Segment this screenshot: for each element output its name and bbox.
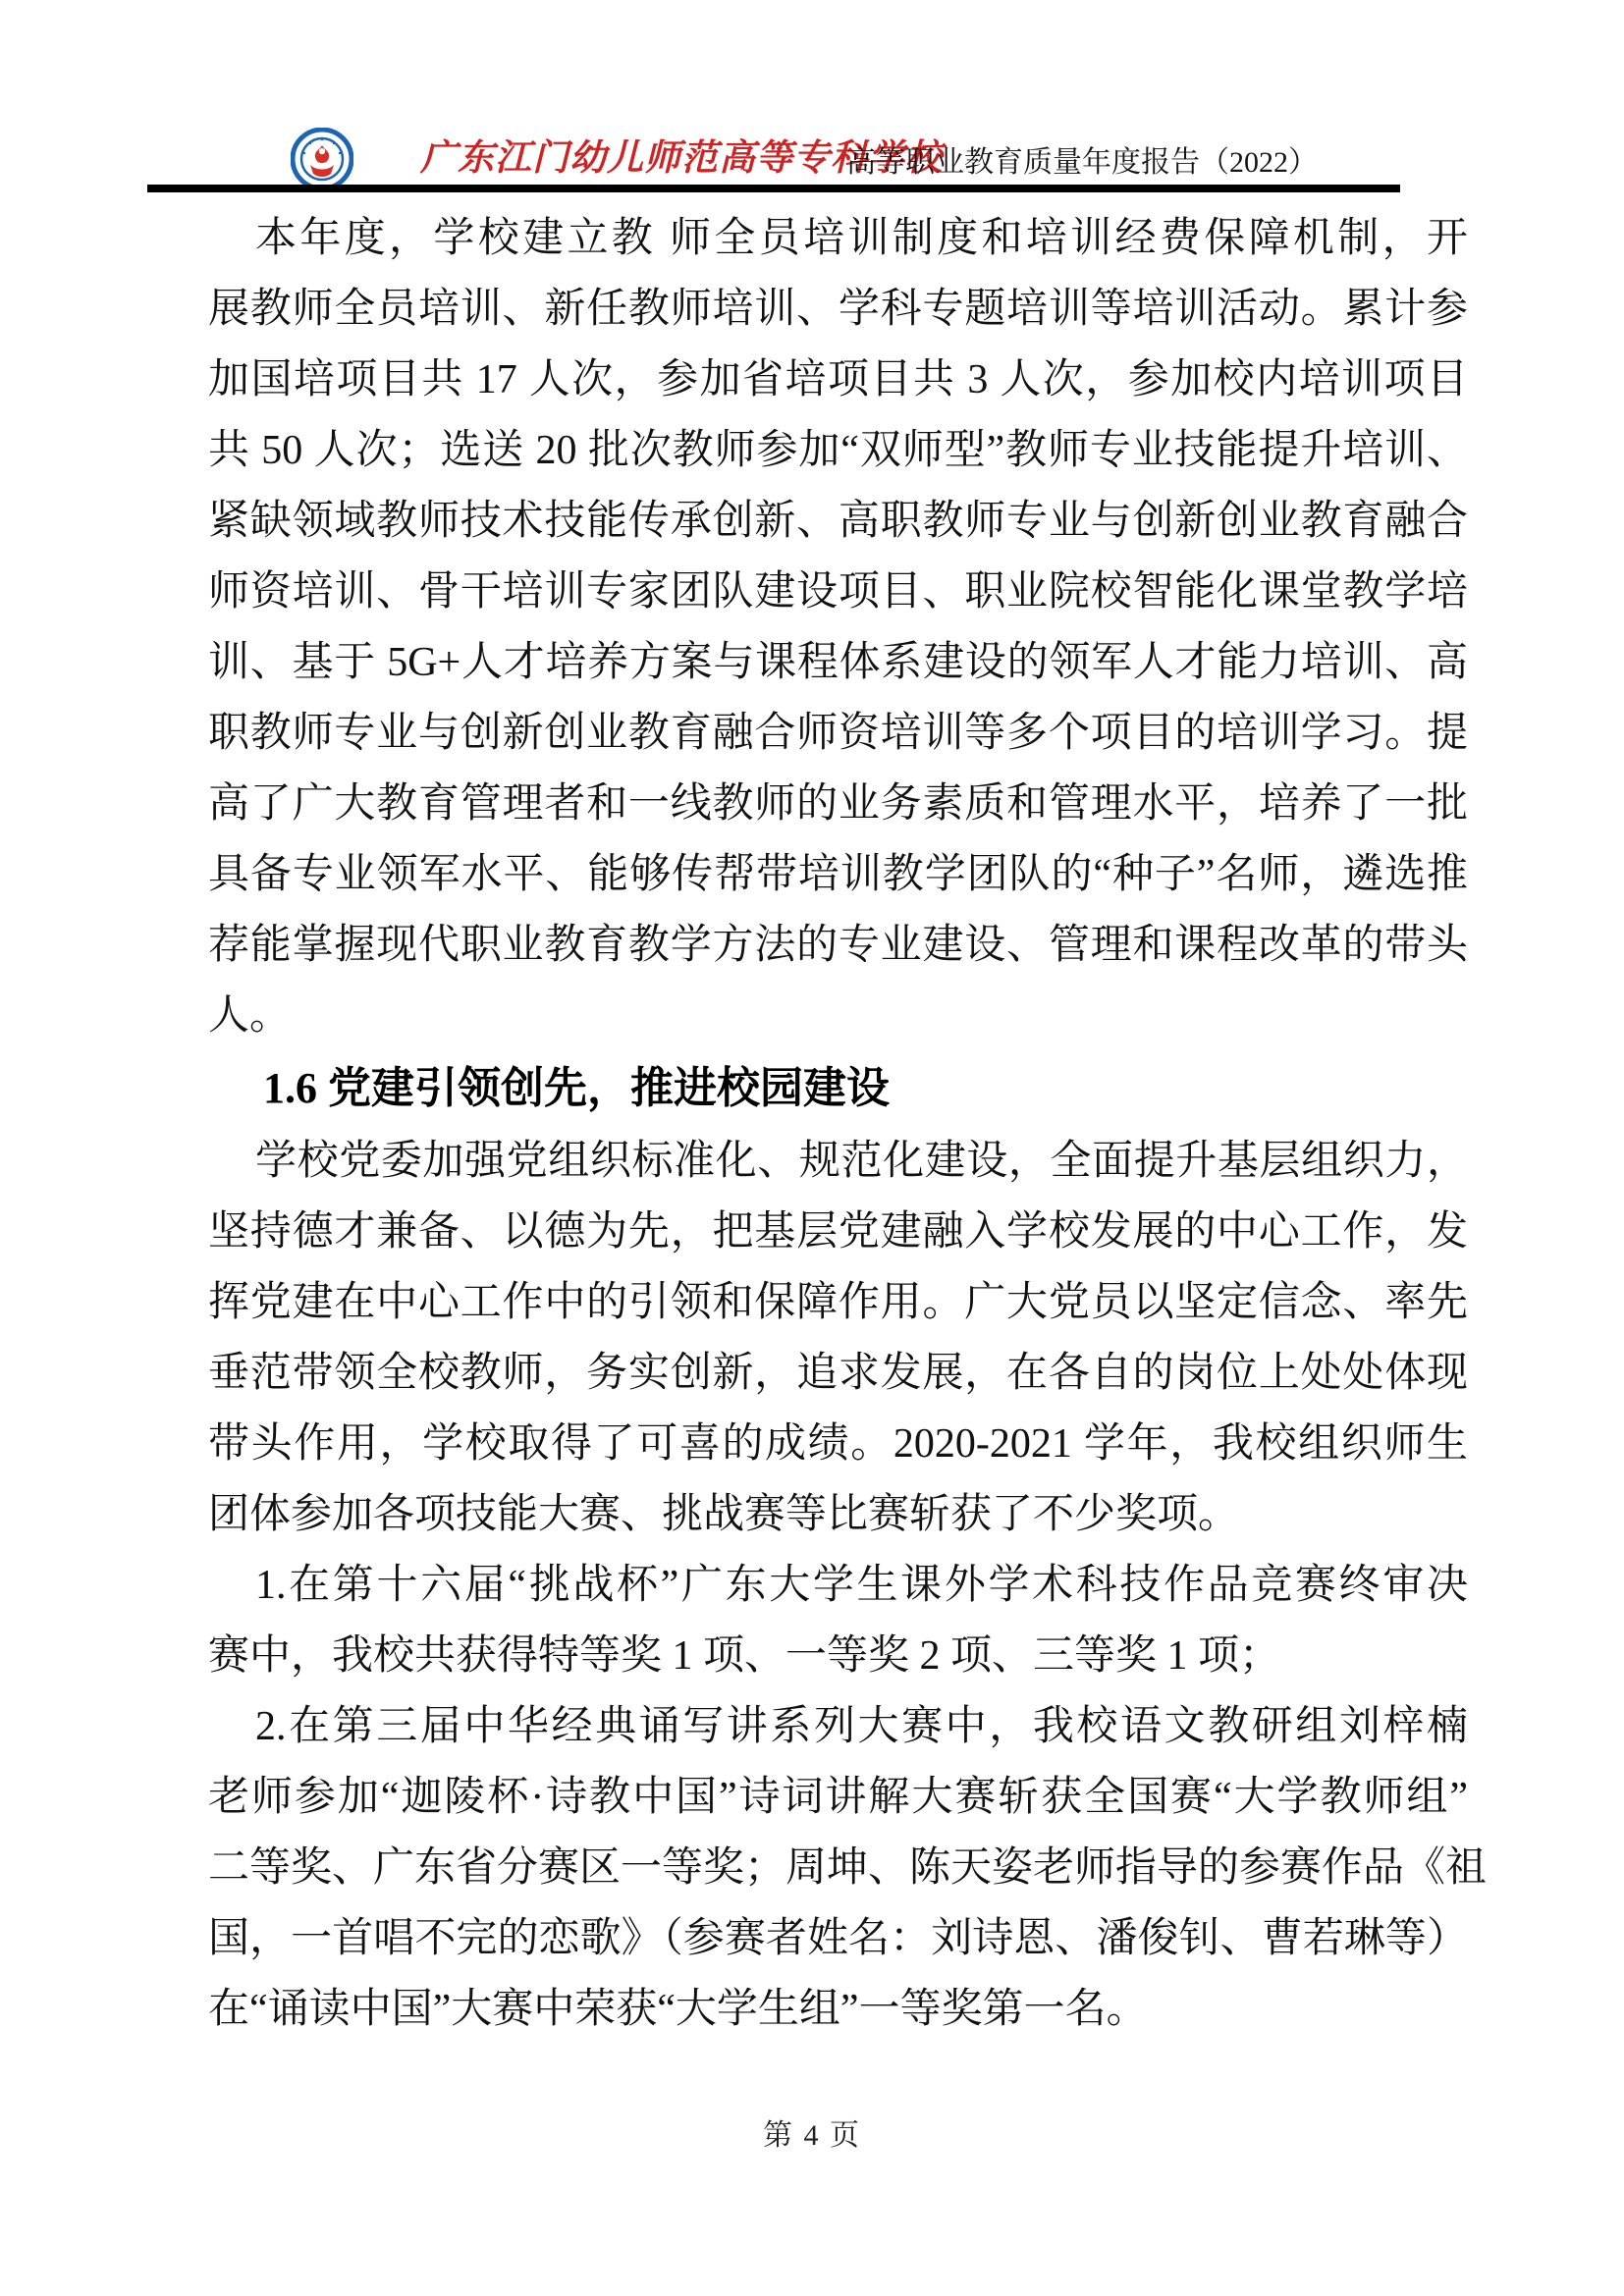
text-line: 二等奖、广东省分赛区一等奖；周坤、陈天姿老师指导的参赛作品《祖	[208, 1833, 1468, 1903]
paragraph: 1.在第十六届“挑战杯”广东大学生课外学术科技作品竞赛终审决赛中，我校共获得特等…	[208, 1550, 1468, 1691]
text-line: 国，一首唱不完的恋歌》（参赛者姓名：刘诗恩、潘俊钊、曹若琳等）	[208, 1903, 1468, 1974]
text-line: 挥党建在中心工作中的引领和保障作用。广大党员以坚定信念、率先	[208, 1267, 1468, 1338]
section-heading: 1.6 党建引领创先，推进校园建设	[208, 1051, 1468, 1126]
paragraph: 本年度，学校建立教 师全员培训制度和培训经费保障机制，开展教师全员培训、新任教师…	[208, 203, 1468, 1051]
report-title: 高等职业教育质量年度报告（2022）	[846, 143, 1318, 183]
text-line: 具备专业领军水平、能够传帮带培训教学团队的“种子”名师，遴选推	[208, 839, 1468, 910]
paragraph: 2.在第三届中华经典诵写讲系列大赛中，我校语文教研组刘梓楠老师参加“迦陵杯·诗教…	[208, 1691, 1468, 2045]
text-line: 老师参加“迦陵杯·诗教中国”诗词讲解大赛斩获全国赛“大学教师组”	[208, 1762, 1468, 1833]
text-line: 团体参加各项技能大赛、挑战赛等比赛斩获了不少奖项。	[208, 1479, 1468, 1550]
text-line: 师资培训、骨干培训专家团队建设项目、职业院校智能化课堂教学培	[208, 557, 1468, 627]
text-line: 坚持德才兼备、以德为先，把基层党建融入学校发展的中心工作，发	[208, 1197, 1468, 1267]
page-number: 第 4 页	[0, 2110, 1624, 2154]
header-rule	[147, 185, 1400, 192]
document-page: 广东江门幼儿师范高等专科学校 高等职业教育质量年度报告（2022） 本年度，学校…	[0, 0, 1624, 2296]
text-line: 职教师专业与创新创业教育融合师资培训等多个项目的培训学习。提	[208, 698, 1468, 769]
text-line: 2.在第三届中华经典诵写讲系列大赛中，我校语文教研组刘梓楠	[208, 1691, 1468, 1762]
text-line: 紧缺领域教师技术技能传承创新、高职教师专业与创新创业教育融合	[208, 486, 1468, 557]
text-line: 在“诵读中国”大赛中荣获“大学生组”一等奖第一名。	[208, 1974, 1468, 2045]
document-body: 本年度，学校建立教 师全员培训制度和培训经费保障机制，开展教师全员培训、新任教师…	[208, 203, 1468, 2045]
text-line: 训、基于 5G+人才培养方案与课程体系建设的领军人才能力培训、高	[208, 627, 1468, 698]
text-line: 带头作用，学校取得了可喜的成绩。2020-2021 学年，我校组织师生	[208, 1409, 1468, 1479]
text-line: 人。	[208, 981, 1468, 1051]
text-line: 展教师全员培训、新任教师培训、学科专题培训等培训活动。累计参	[208, 274, 1468, 345]
text-line: 垂范带领全校教师，务实创新，追求发展，在各自的岗位上处处体现	[208, 1338, 1468, 1409]
text-line: 赛中，我校共获得特等奖 1 项、一等奖 2 项、三等奖 1 项；	[208, 1621, 1468, 1691]
text-line: 加国培项目共 17 人次，参加省培项目共 3 人次，参加校内培训项目	[208, 345, 1468, 415]
text-line: 高了广大教育管理者和一线教师的业务素质和管理水平，培养了一批	[208, 769, 1468, 839]
text-line: 本年度，学校建立教 师全员培训制度和培训经费保障机制，开	[208, 203, 1468, 274]
text-line: 1.在第十六届“挑战杯”广东大学生课外学术科技作品竞赛终审决	[208, 1550, 1468, 1621]
text-line: 荐能掌握现代职业教育教学方法的专业建设、管理和课程改革的带头	[208, 910, 1468, 981]
text-line: 学校党委加强党组织标准化、规范化建设，全面提升基层组织力，	[208, 1126, 1468, 1197]
text-line: 共 50 人次；选送 20 批次教师参加“双师型”教师专业技能提升培训、	[208, 415, 1468, 486]
school-logo-icon	[291, 128, 353, 190]
paragraph: 学校党委加强党组织标准化、规范化建设，全面提升基层组织力，坚持德才兼备、以德为先…	[208, 1126, 1468, 1550]
